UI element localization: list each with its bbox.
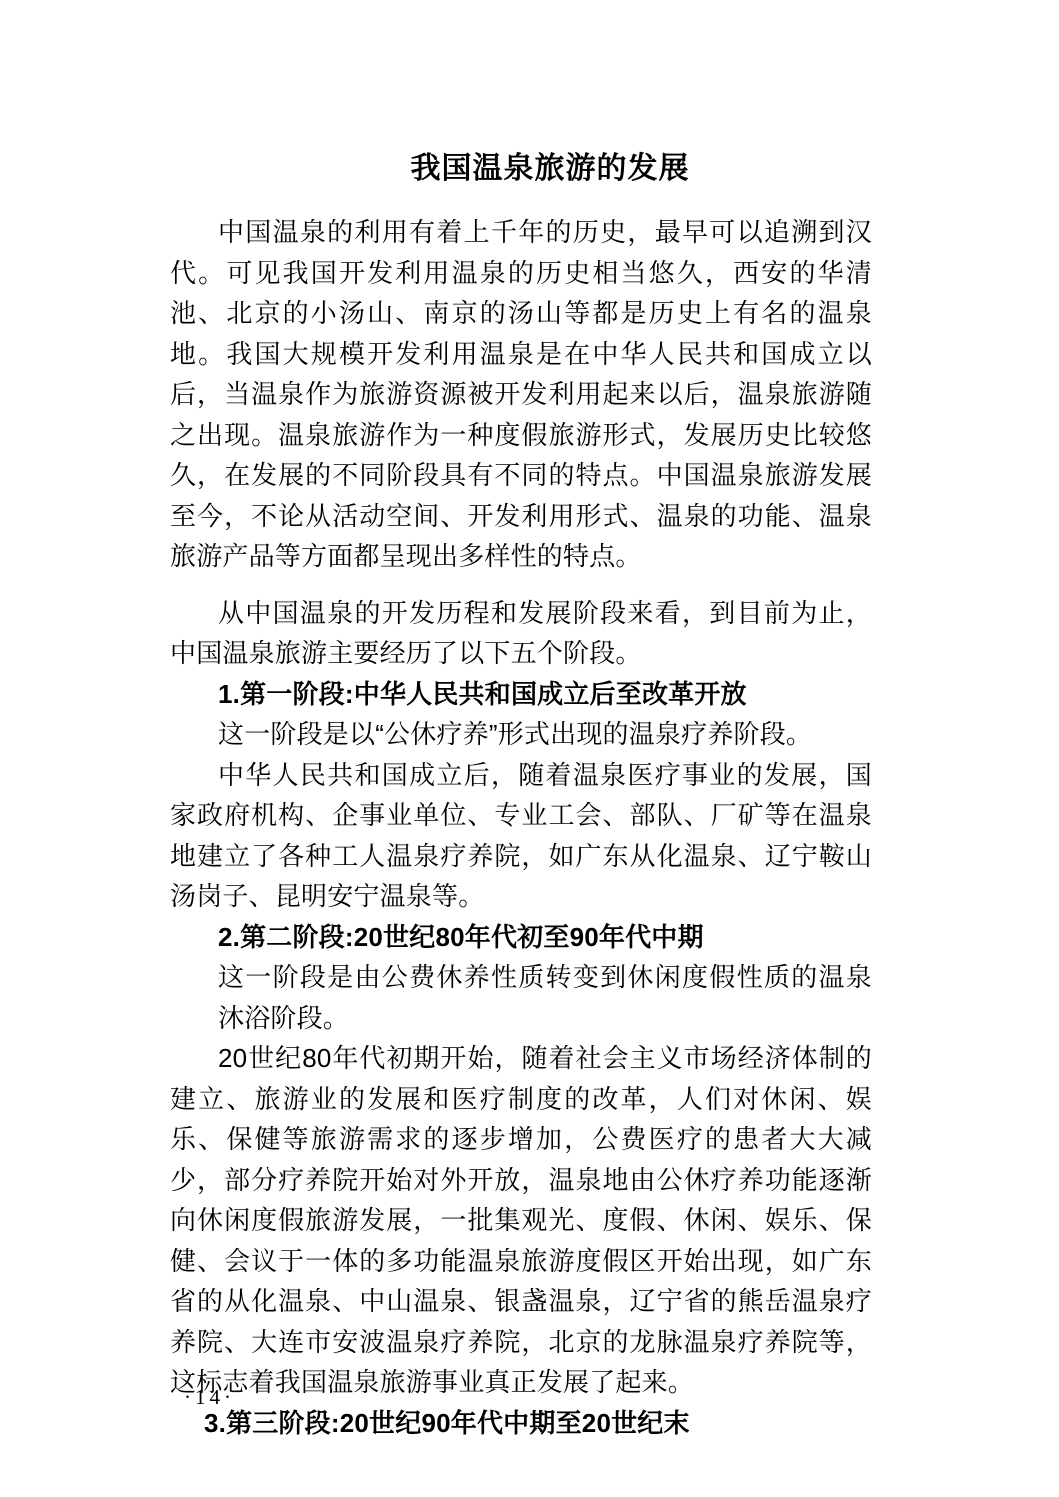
paragraph-stage-1-summary: 这一阶段是以“公休疗养”形式出现的温泉疗养阶段。 bbox=[170, 714, 872, 755]
document-page: 我国温泉旅游的发展 中国温泉的利用有着上千年的历史，最早可以追溯到汉代。可见我国… bbox=[0, 0, 1059, 1497]
section-heading-stage-1: 1.第一阶段:中华人民共和国成立后至改革开放 bbox=[170, 674, 872, 715]
section-heading-stage-2: 2.第二阶段:20世纪80年代初至90年代中期 bbox=[170, 917, 872, 958]
paragraph-stage-2-detail: 20世纪80年代初期开始，随着社会主义市场经济体制的建立、旅游业的发展和医疗制度… bbox=[170, 1038, 872, 1403]
section-heading-stage-3: 3.第三阶段:20世纪90年代中期至20世纪末 bbox=[170, 1403, 872, 1444]
paragraph-intro-history: 中国温泉的利用有着上千年的历史，最早可以追溯到汉代。可见我国开发利用温泉的历史相… bbox=[170, 212, 872, 577]
page-number: ·14· bbox=[184, 1385, 235, 1410]
page-title-text: 我国温泉旅游的发展 bbox=[411, 152, 690, 185]
paragraph-stage-1-detail: 中华人民共和国成立后，随着温泉医疗事业的发展，国家政府机构、企事业单位、专业工会… bbox=[170, 755, 872, 917]
page-title: 我国温泉旅游的发展 bbox=[170, 148, 872, 190]
paragraph-five-stages: 从中国温泉的开发历程和发展阶段来看，到目前为止，中国温泉旅游主要经历了以下五个阶… bbox=[170, 593, 872, 674]
text-block: 我国温泉旅游的发展 中国温泉的利用有着上千年的历史，最早可以追溯到汉代。可见我国… bbox=[170, 148, 872, 1443]
paragraph-stage-2-summary: 这一阶段是由公费休养性质转变到休闲度假性质的温泉沐浴阶段。 bbox=[218, 957, 872, 1038]
